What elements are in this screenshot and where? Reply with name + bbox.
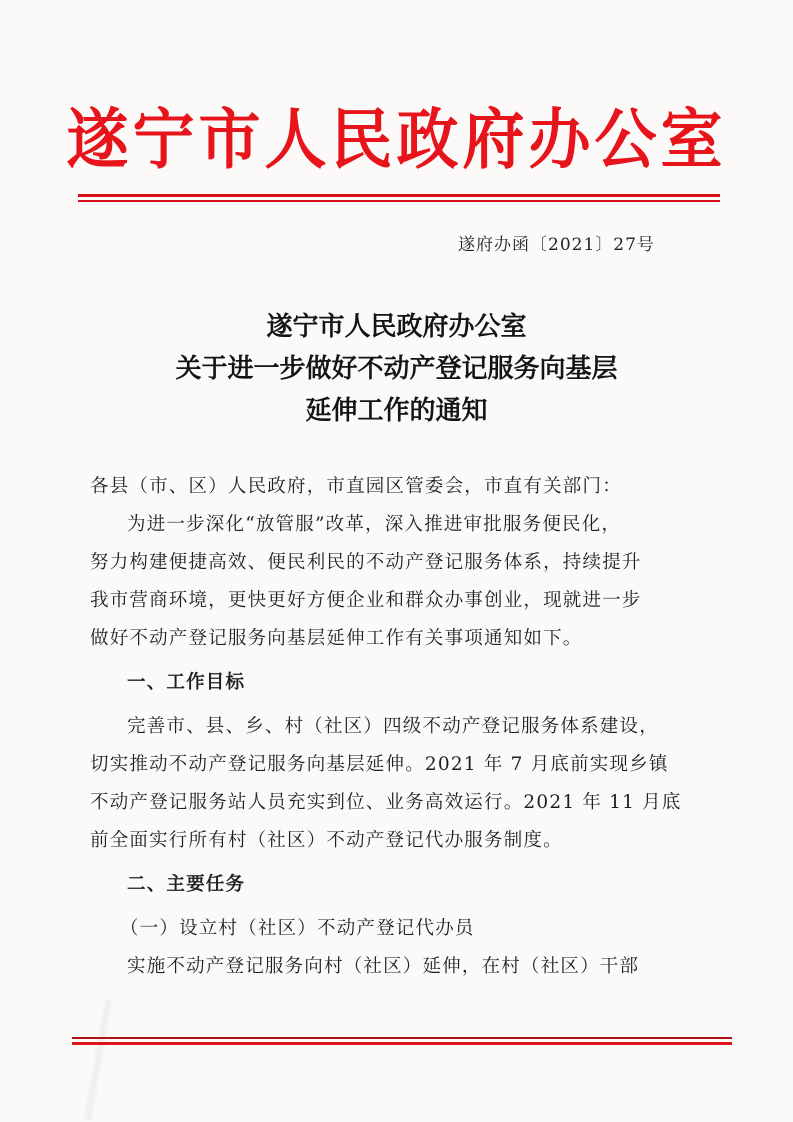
section-heading-goals: 一、工作目标 — [90, 658, 702, 708]
section-line: 前全面实行所有村（社区）不动产登记代办服务制度。 — [90, 822, 702, 860]
title-line-3: 延伸工作的通知 — [0, 390, 793, 432]
intro-line: 我市营商环境，更快更好方便企业和群众办事创业，现就进一步 — [90, 582, 702, 620]
document-page: 遂宁市人民政府办公室 遂府办函〔2021〕27号 遂宁市人民政府办公室 关于进一… — [0, 0, 793, 1122]
red-rule-thick — [78, 194, 720, 197]
section-line: 实施不动产登记服务向村（社区）延伸，在村（社区）干部 — [90, 948, 702, 986]
red-rule-thick — [72, 1042, 732, 1045]
masthead-title: 遂宁市人民政府办公室 — [0, 98, 793, 182]
section-line: 不动产登记服务站人员充实到位、业务高效运行。2021 年 11 月底 — [90, 784, 702, 822]
title-line-1: 遂宁市人民政府办公室 — [0, 306, 793, 348]
masthead-red-divider — [78, 194, 720, 202]
section-line: 切实推动不动产登记服务向基层延伸。2021 年 7 月底前实现乡镇 — [90, 746, 702, 784]
red-rule-thin — [78, 200, 720, 202]
document-number: 遂府办函〔2021〕27号 — [458, 230, 655, 255]
red-rule-thin — [72, 1037, 732, 1039]
section-line: 完善市、县、乡、村（社区）四级不动产登记服务体系建设， — [90, 708, 702, 746]
subsection-heading: （一）设立村（社区）不动产登记代办员 — [90, 910, 702, 948]
intro-line: 努力构建便捷高效、便民利民的不动产登记服务体系，持续提升 — [90, 544, 702, 582]
intro-line: 为进一步深化“放管服”改革，深入推进审批服务便民化， — [90, 506, 702, 544]
document-title: 遂宁市人民政府办公室 关于进一步做好不动产登记服务向基层 延伸工作的通知 — [0, 306, 793, 432]
section-heading-tasks: 二、主要任务 — [90, 860, 702, 910]
footer-red-divider — [72, 1037, 732, 1047]
salutation: 各县（市、区）人民政府，市直园区管委会，市直有关部门： — [90, 468, 702, 506]
title-line-2: 关于进一步做好不动产登记服务向基层 — [0, 348, 793, 390]
paper-crease — [78, 1000, 118, 1120]
intro-line: 做好不动产登记服务向基层延伸工作有关事项通知如下。 — [90, 620, 702, 658]
document-body: 各县（市、区）人民政府，市直园区管委会，市直有关部门： 为进一步深化“放管服”改… — [90, 468, 702, 986]
